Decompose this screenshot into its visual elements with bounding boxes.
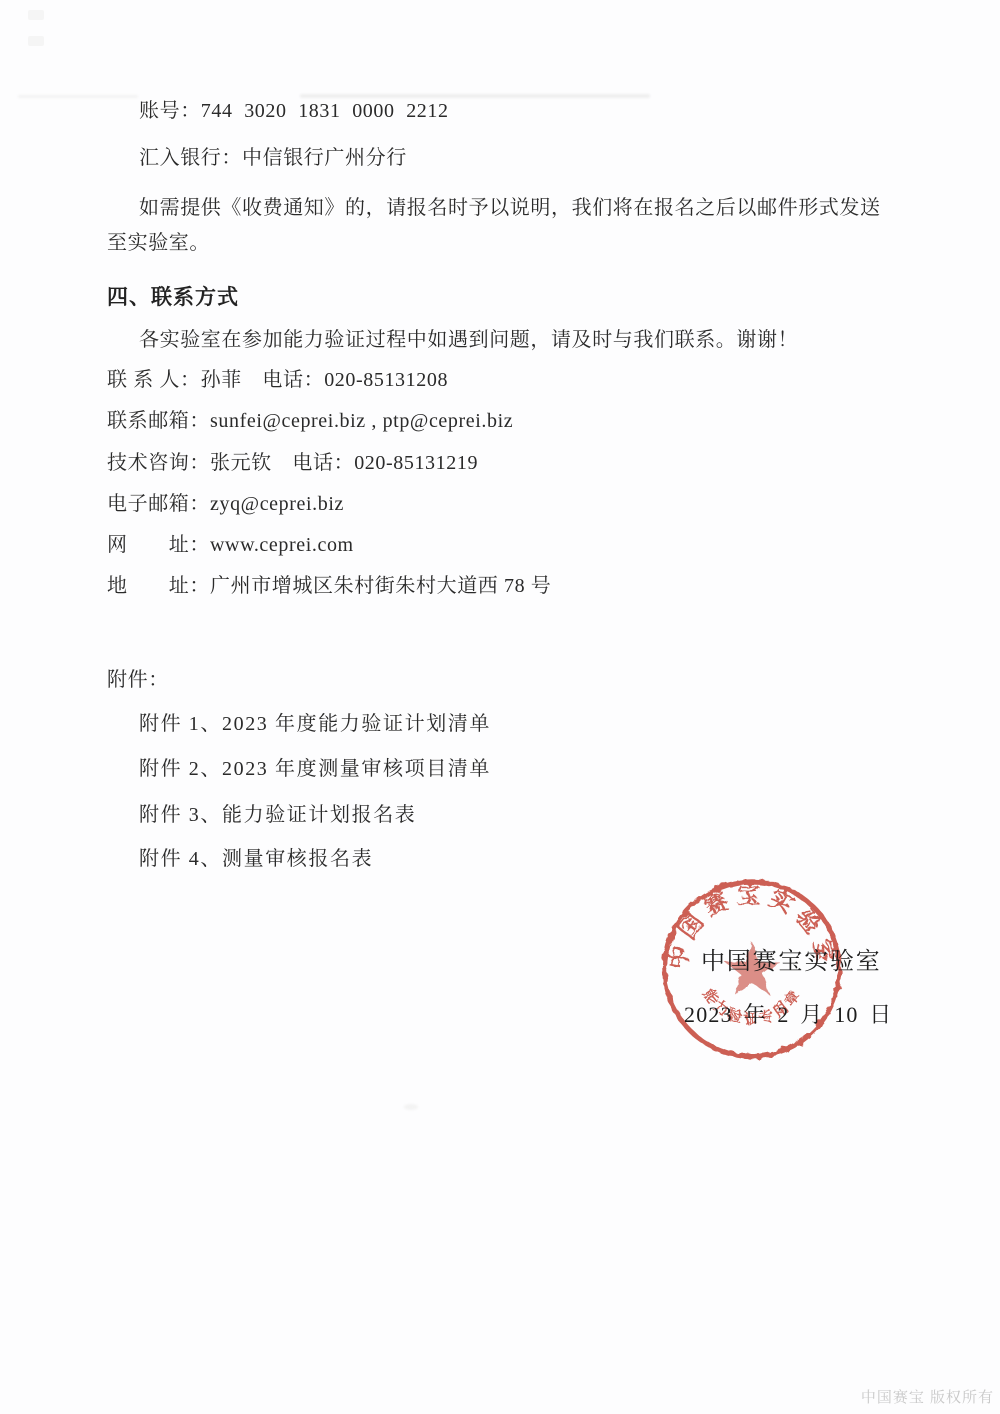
bank-name-line: 汇入银行：中信银行广州分行 xyxy=(139,146,407,170)
scan-artifact xyxy=(18,95,138,98)
signature-date: 2023 年 2 月 10 日 xyxy=(684,998,893,1029)
scan-artifact xyxy=(404,1104,418,1110)
scan-artifact xyxy=(28,10,44,20)
tech-consult-line: 技术咨询：张元钦 电话：020-85131219 xyxy=(107,451,478,475)
signature-organization: 中国赛宝实验室 xyxy=(701,941,882,976)
contact-person-line: 联 系 人：孙菲 电话：020-85131208 xyxy=(107,368,448,392)
address-line: 地 址：广州市增城区朱村街朱村大道西 78 号 xyxy=(107,574,551,598)
tech-email-line: 电子邮箱：zyq@ceprei.biz xyxy=(107,492,344,516)
fee-notice-line-1: 如需提供《收费通知》的，请报名时予以说明，我们将在报名之后以邮件形式发送 xyxy=(139,196,881,220)
account-number-line: 账号：744 3020 1831 0000 2212 xyxy=(139,99,449,123)
website-line: 网 址：www.ceprei.com xyxy=(107,533,354,557)
scan-artifact xyxy=(28,36,44,46)
attachment-item-4: 附件 4、测量审核报名表 xyxy=(139,847,373,871)
contact-email-line: 联系邮箱：sunfei@ceprei.biz , ptp@ceprei.biz xyxy=(107,409,513,433)
fee-notice-line-2: 至实验室。 xyxy=(107,231,210,255)
attachment-item-1: 附件 1、2023 年度能力验证计划清单 xyxy=(139,712,491,736)
attachment-item-3: 附件 3、能力验证计划报名表 xyxy=(139,803,416,827)
document-page: 账号：744 3020 1831 0000 2212 汇入银行：中信银行广州分行… xyxy=(0,0,1000,1414)
contact-intro-line: 各实验室在参加能力验证过程中如遇到问题，请及时与我们联系。谢谢！ xyxy=(139,328,798,352)
copyright-watermark: 中国赛宝 版权所有 xyxy=(861,1386,994,1407)
scan-artifact xyxy=(300,94,650,98)
attachments-heading: 附件： xyxy=(107,668,169,692)
attachment-item-2: 附件 2、2023 年度测量审核项目清单 xyxy=(139,757,491,781)
contact-section-heading: 四、联系方式 xyxy=(107,281,239,311)
